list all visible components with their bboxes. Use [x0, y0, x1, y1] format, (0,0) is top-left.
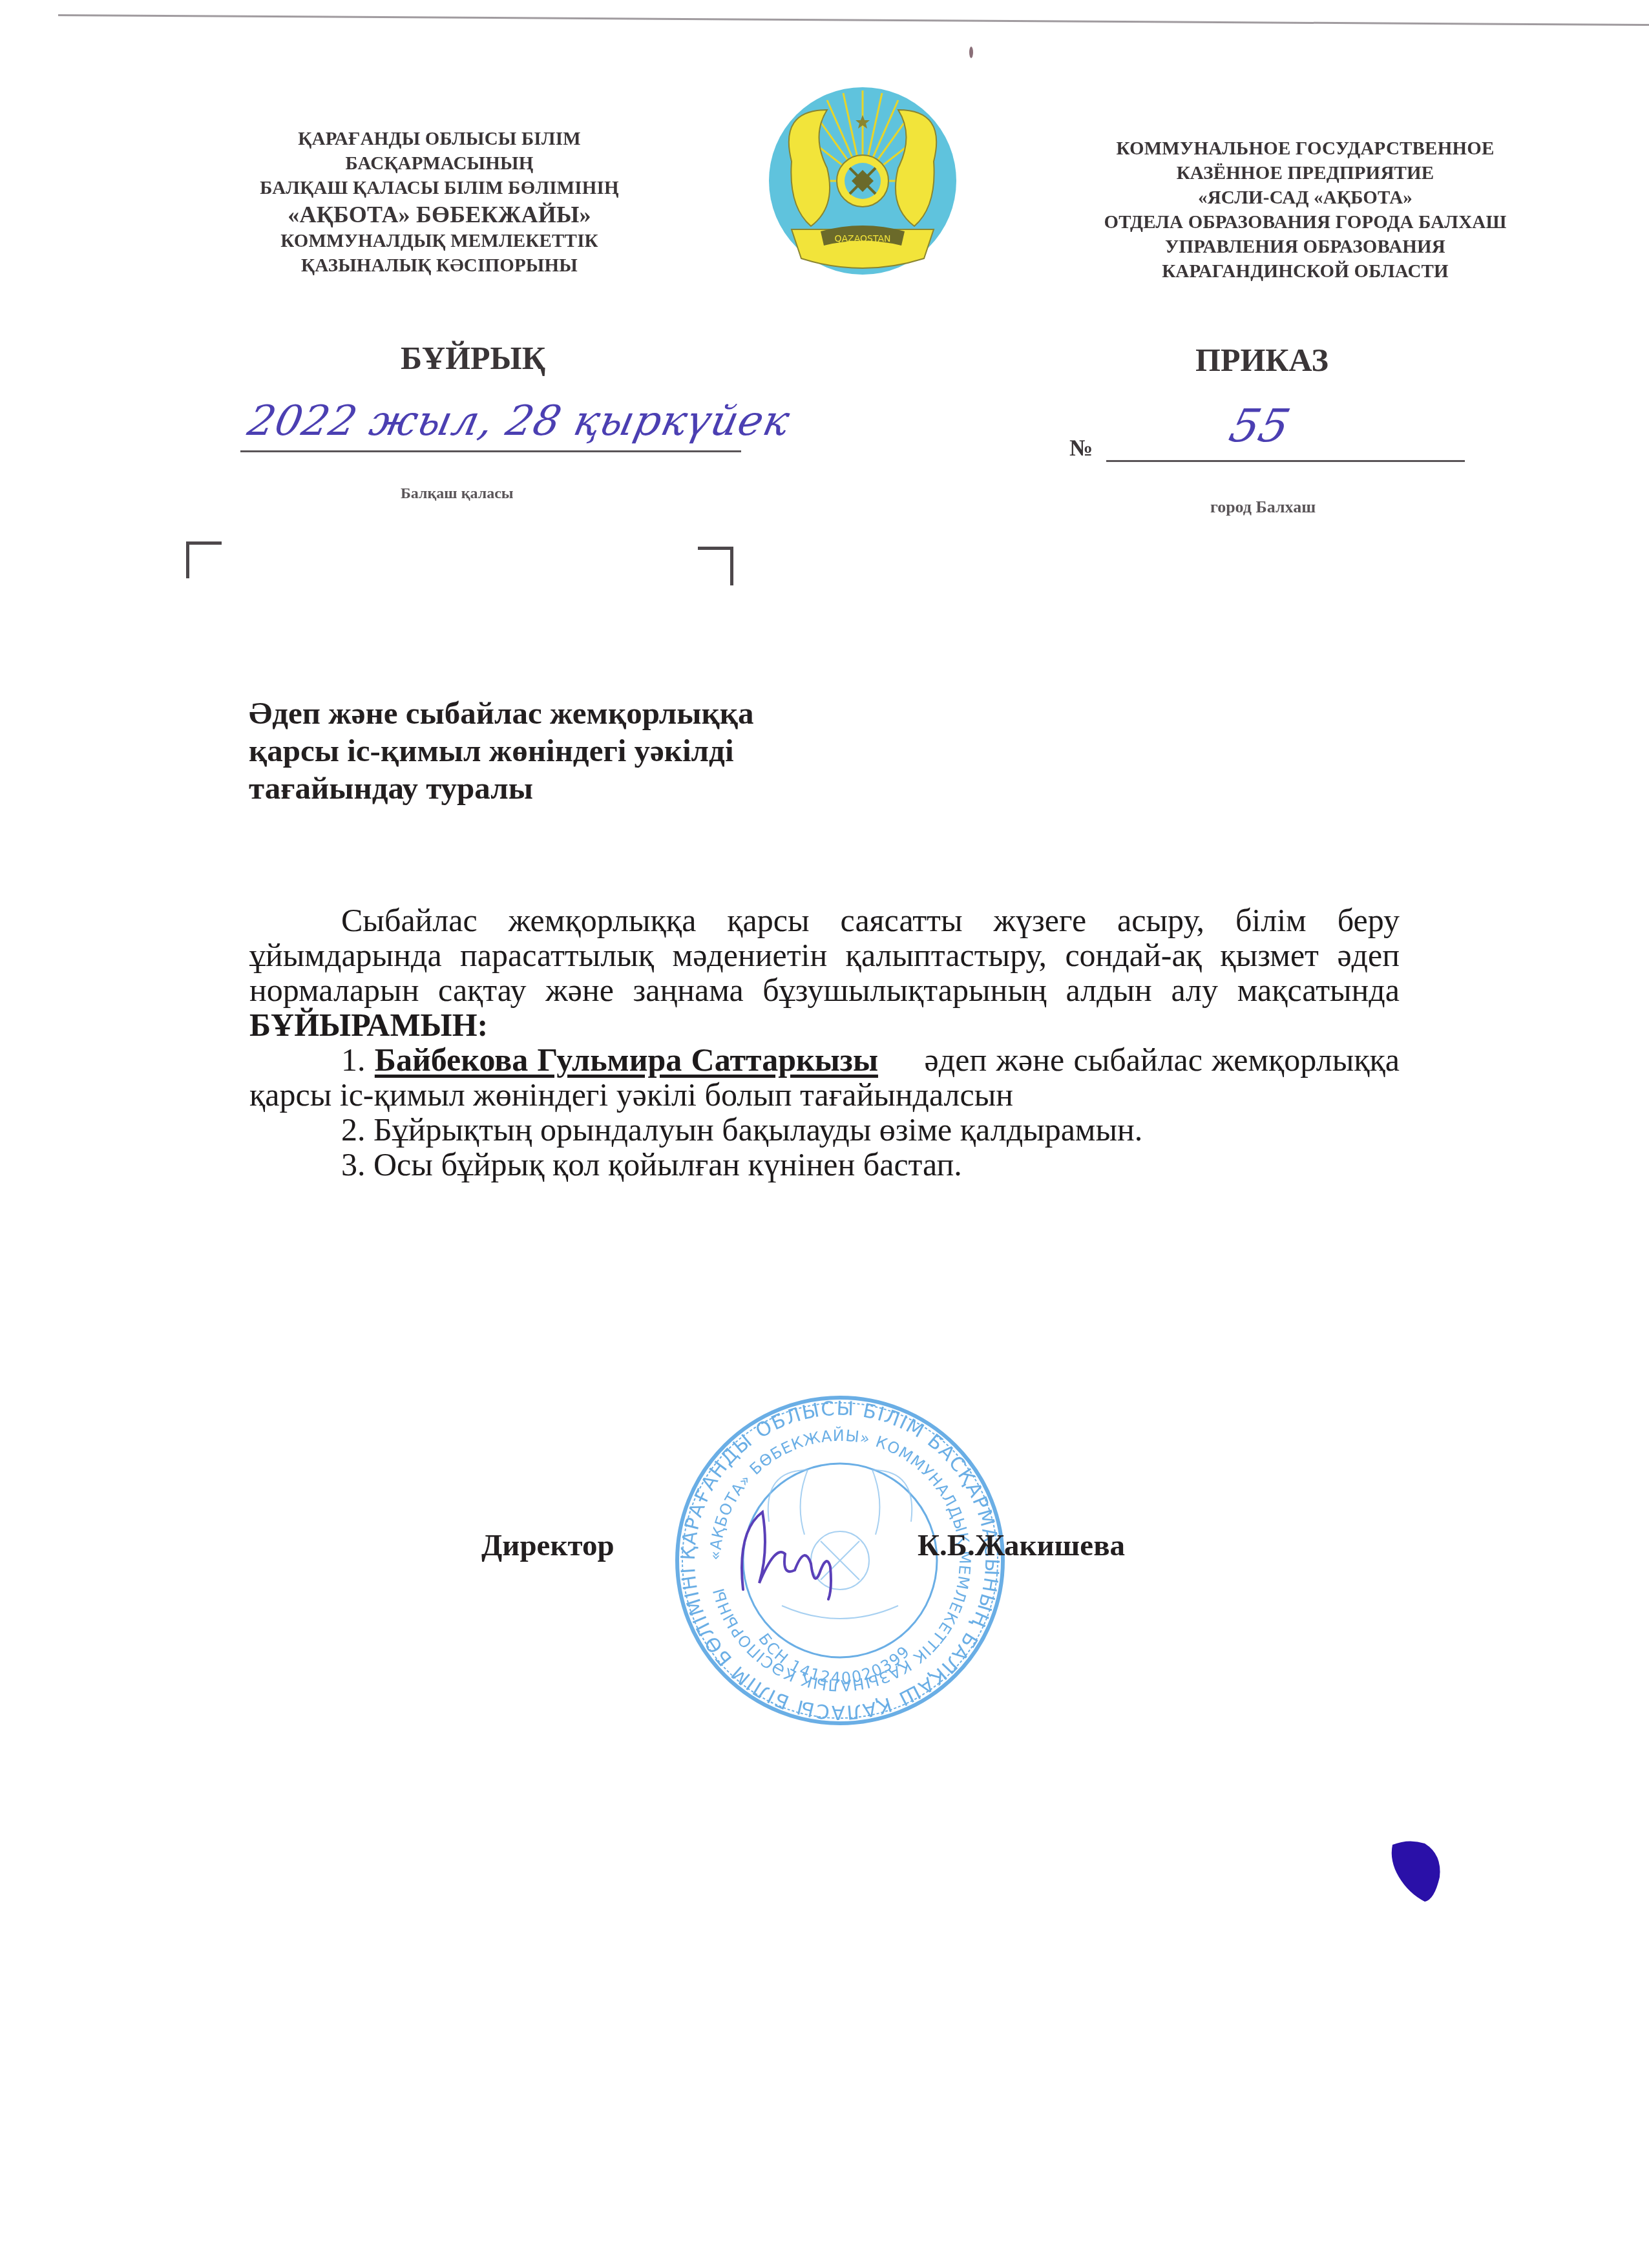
place-kz: Балқаш қаласы [401, 485, 514, 503]
order-subject: Әдеп және сыбайлас жемқорлыққа қарсы іс-… [249, 695, 960, 807]
order-number-handwritten: 55 [1224, 399, 1296, 452]
item-number: 2. [341, 1111, 366, 1148]
order-item-2: 2. Бұйрықтың орындалуын бақылауды өзіме … [249, 1112, 1400, 1147]
command-word: БҰЙЫРАМЫН: [249, 1007, 488, 1043]
preamble-paragraph: Сыбайлас жемқорлыққа қарсы саясатты жүзе… [249, 903, 1400, 1042]
place-ru: город Балхаш [1210, 498, 1316, 517]
order-date-handwritten: 2022 жыл, 28 қыркүйек [244, 397, 794, 445]
header-left-line: БАСҚАРМАСЫНЫҢ [213, 151, 666, 176]
item-number: 3. [341, 1146, 366, 1182]
header-right-line: ОТДЕЛА ОБРАЗОВАНИЯ ГОРОДА БАЛХАШ [1008, 210, 1602, 235]
scan-speck [969, 47, 973, 58]
emblem-label: QAZAQSTAN [835, 234, 891, 244]
header-left-line: БАЛҚАШ ҚАЛАСЫ БІЛІМ БӨЛІМІНІҢ [213, 176, 666, 200]
header-left-line: ҚАЗЫНАЛЫҚ КӘСІПОРЫНЫ [213, 253, 666, 278]
state-emblem-icon: QAZAQSTAN [766, 84, 960, 278]
subject-line: қарсы іс-қимыл жөніндегі уәкілді [249, 732, 960, 770]
header-right-line: КАЗЁННОЕ ПРЕДПРИЯТИЕ [1008, 161, 1602, 185]
signatory-position: Директор [481, 1528, 614, 1563]
item-number: 1. [341, 1042, 366, 1078]
subject-line: тағайындау туралы [249, 770, 960, 807]
header-right-line: «ЯСЛИ-САД «АҚБОТА» [1008, 185, 1602, 210]
order-title-ru: ПРИКАЗ [1195, 341, 1329, 379]
order-item-1: 1. Байбекова Гульмира Саттаркызы әдеп жә… [249, 1042, 1400, 1112]
number-underline [1106, 460, 1465, 462]
preamble-text: Сыбайлас жемқорлыққа қарсы саясатты жүзе… [249, 902, 1400, 1008]
header-right-line: КАРАГАНДИНСКОЙ ОБЛАСТИ [1008, 259, 1602, 284]
appointee-name: Байбекова Гульмира Саттаркызы [375, 1042, 878, 1078]
subject-line: Әдеп және сыбайлас жемқорлыққа [249, 695, 960, 732]
ink-blot [1389, 1838, 1444, 1903]
header-right-line: УПРАВЛЕНИЯ ОБРАЗОВАНИЯ [1008, 235, 1602, 259]
corner-bracket-right [698, 547, 733, 585]
item-text: Осы бұйрық қол қойылған күнінен бастап. [373, 1146, 962, 1182]
item-text: Бұйрықтың орындалуын бақылауды өзіме қал… [373, 1111, 1142, 1148]
order-title-kz: БҰЙРЫҚ [401, 339, 545, 377]
scan-edge-line [58, 14, 1649, 26]
header-right-line: КОММУНАЛЬНОЕ ГОСУДАРСТВЕННОЕ [1008, 136, 1602, 161]
number-sign: № [1069, 434, 1093, 461]
header-left-line: ҚАРАҒАНДЫ ОБЛЫСЫ БІЛІМ [213, 127, 666, 151]
header-right-ru: КОММУНАЛЬНОЕ ГОСУДАРСТВЕННОЕ КАЗЁННОЕ ПР… [1008, 136, 1602, 284]
header-left-line: «АҚБОТА» БӨБЕКЖАЙЫ» [213, 200, 666, 229]
signatory-name: К.Б.Жакишева [918, 1528, 1125, 1563]
date-underline [240, 450, 741, 452]
header-left-kz: ҚАРАҒАНДЫ ОБЛЫСЫ БІЛІМ БАСҚАРМАСЫНЫҢ БАЛ… [213, 127, 666, 278]
handwritten-signature-icon [724, 1493, 853, 1602]
header-left-line: КОММУНАЛДЫҚ МЕМЛЕКЕТТІК [213, 229, 666, 253]
corner-bracket-left [186, 541, 222, 578]
order-item-3: 3. Осы бұйрық қол қойылған күнінен баста… [249, 1147, 1400, 1182]
order-body: Сыбайлас жемқорлыққа қарсы саясатты жүзе… [249, 903, 1400, 1182]
